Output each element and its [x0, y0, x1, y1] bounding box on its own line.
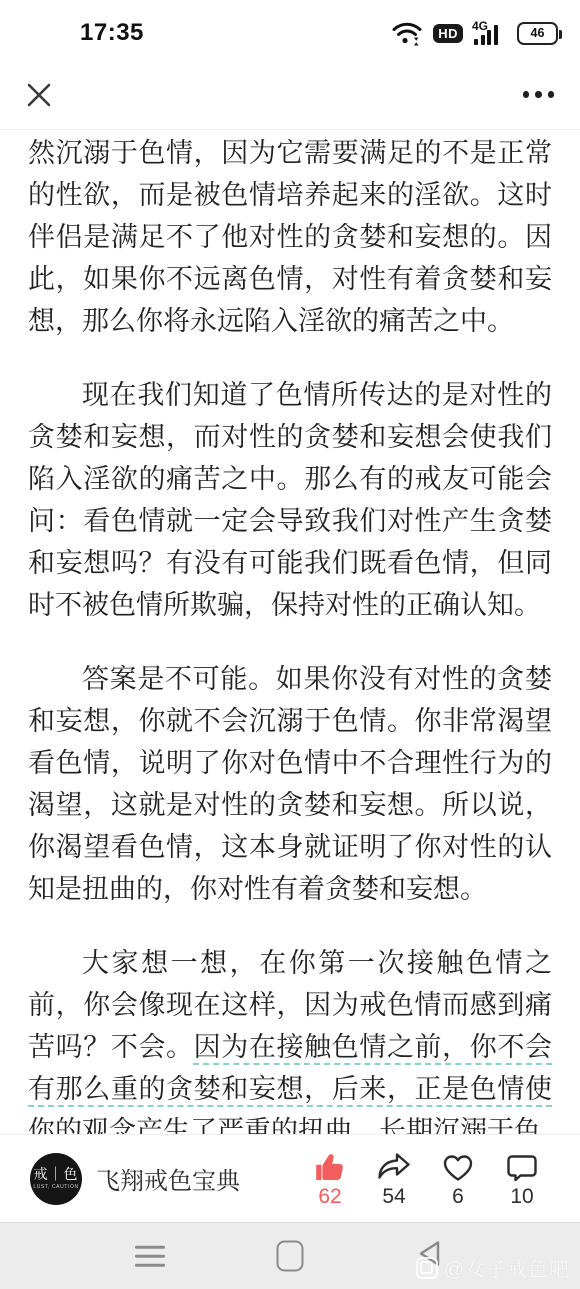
logo-title: 戒｜色: [34, 1167, 79, 1182]
share-count: 54: [382, 1186, 405, 1207]
paragraph: 答案是不可能。如果你没有对性的贪婪和妄想，你就不会沉溺于色情。你非常渴望看色情，…: [28, 658, 552, 910]
recents-button[interactable]: [135, 1246, 165, 1267]
home-button[interactable]: [277, 1241, 304, 1272]
logo-subtitle: LUST, CAUTION: [33, 1184, 78, 1190]
hd-badge: HD: [433, 24, 463, 43]
header: [0, 60, 580, 130]
source-name: 飞翔戒色宝典: [96, 1161, 240, 1196]
status-bar: 17:35 HD 4G 46: [0, 0, 580, 60]
clock: 17:35: [80, 19, 144, 47]
favorite-button[interactable]: 6: [426, 1150, 490, 1207]
watermark-icon: [416, 1257, 438, 1279]
more-menu-icon[interactable]: [521, 85, 557, 104]
favorite-count: 6: [452, 1186, 464, 1207]
paragraph: 然沉溺于色情，因为它需要满足的不是正常的性欲，而是被色情培养起来的淫欲。这时伴侣…: [28, 132, 552, 342]
system-nav-bar: @女子戒色吧: [0, 1222, 580, 1289]
paragraph: 大家想一想，在你第一次接触色情之前，你会像现在这样，因为戒色情而感到痛苦吗？不会…: [28, 942, 552, 1134]
paragraph: 现在我们知道了色情所传达的是对性的贪婪和妄想，而对性的贪婪和妄想会使我们陷入淫欲…: [28, 374, 552, 626]
share-button[interactable]: 54: [362, 1150, 426, 1207]
source-logo: 戒｜色 LUST, CAUTION: [30, 1153, 82, 1205]
wifi-icon: [392, 20, 424, 46]
close-icon[interactable]: [24, 80, 54, 110]
action-buttons: 62 54 6 10: [298, 1150, 554, 1207]
share-icon: [376, 1150, 412, 1184]
signal-icon: 4G: [472, 20, 508, 47]
watermark-text: @女子戒色吧: [444, 1253, 570, 1282]
thumbs-up-icon: [312, 1150, 348, 1184]
comment-icon: [504, 1150, 540, 1184]
like-count: 62: [318, 1186, 341, 1207]
like-button[interactable]: 62: [298, 1150, 362, 1207]
watermark: @女子戒色吧: [416, 1253, 570, 1282]
heart-icon: [440, 1150, 476, 1184]
comment-count: 10: [510, 1186, 533, 1207]
battery-percent: 46: [531, 26, 545, 40]
source-account[interactable]: 戒｜色 LUST, CAUTION 飞翔戒色宝典: [30, 1153, 240, 1205]
comment-button[interactable]: 10: [490, 1150, 554, 1207]
battery-icon: 46: [517, 22, 558, 45]
article-body[interactable]: 然沉溺于色情，因为它需要满足的不是正常的性欲，而是被色情培养起来的淫欲。这时伴侣…: [0, 130, 580, 1134]
status-icons: HD 4G 46: [392, 20, 558, 47]
action-bar: 戒｜色 LUST, CAUTION 飞翔戒色宝典 62 54: [0, 1134, 580, 1222]
